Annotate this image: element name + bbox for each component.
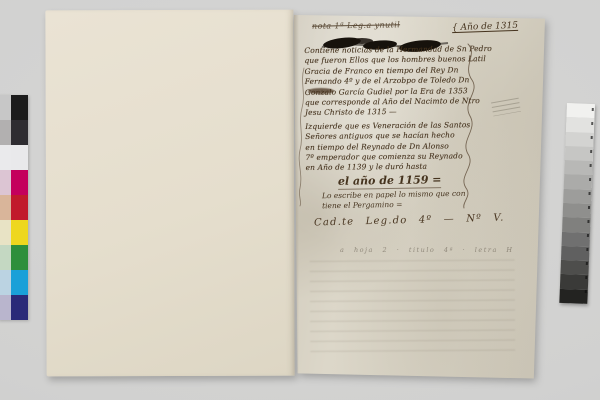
color-patch-pale: [0, 270, 11, 295]
manuscript-page: nota 1ª Leg.a ynutil { Año de 1315 Co: [292, 12, 546, 380]
color-patch-pale: [0, 220, 11, 245]
year-annotation: { Año de 1315: [452, 21, 518, 33]
manuscript-line: Jesu Christo de 1315 —: [305, 106, 487, 118]
color-patch-pale: [0, 170, 11, 195]
margin-pencil-marks: [491, 98, 521, 117]
color-patch-row: [0, 195, 28, 220]
color-patch-row: [0, 295, 28, 320]
color-patch-saturated: [11, 270, 28, 295]
color-patch-pale: [0, 295, 11, 320]
year-1159-line: el año de 1159 =: [338, 173, 442, 190]
color-patch-pale: [0, 95, 11, 120]
manuscript-line: que fueron Ellos que los hombres buenos …: [304, 54, 486, 66]
color-patch-saturated: [11, 295, 28, 320]
closing-note-block: Lo escribe en papel lo mismo que con tie…: [322, 189, 466, 212]
crossed-out-header-note: nota 1ª Leg.a ynutil: [312, 20, 400, 31]
color-patch-row: [0, 270, 28, 295]
color-calibration-bar: [0, 95, 28, 320]
gray-scale-bar: [559, 103, 595, 304]
manuscript-photograph: nota 1ª Leg.a ynutil { Año de 1315 Co: [0, 0, 600, 400]
color-patch-pale: [0, 145, 11, 170]
color-patch-saturated: [11, 195, 28, 220]
color-patch-pale: [0, 245, 11, 270]
color-patch-row: [0, 95, 28, 120]
color-patch-row: [0, 220, 28, 245]
color-patch-pale: [0, 120, 11, 145]
verso-show-through: [310, 259, 516, 352]
pencil-annotation: a hoja 2 · titulo 4ª · letra H: [340, 246, 514, 254]
color-patch-pale: [0, 195, 11, 220]
manuscript-text-block: Contiene noticias de la Hermandad de Sn …: [304, 44, 487, 174]
color-patch-row: [0, 245, 28, 270]
color-patch-saturated: [11, 220, 28, 245]
color-patch-saturated: [11, 95, 28, 120]
color-patch-row: [0, 120, 28, 145]
color-patch-saturated: [11, 120, 28, 145]
color-patch-saturated: [11, 145, 28, 170]
folder-blank-page: [45, 10, 294, 377]
color-patch-row: [0, 145, 28, 170]
color-patch-saturated: [11, 170, 28, 195]
color-patch-saturated: [11, 245, 28, 270]
manuscript-page-wrap: nota 1ª Leg.a ynutil { Año de 1315 Co: [292, 12, 546, 380]
manuscript-line: en Año de 1139 y le duró hasta: [306, 162, 488, 174]
color-patch-row: [0, 170, 28, 195]
